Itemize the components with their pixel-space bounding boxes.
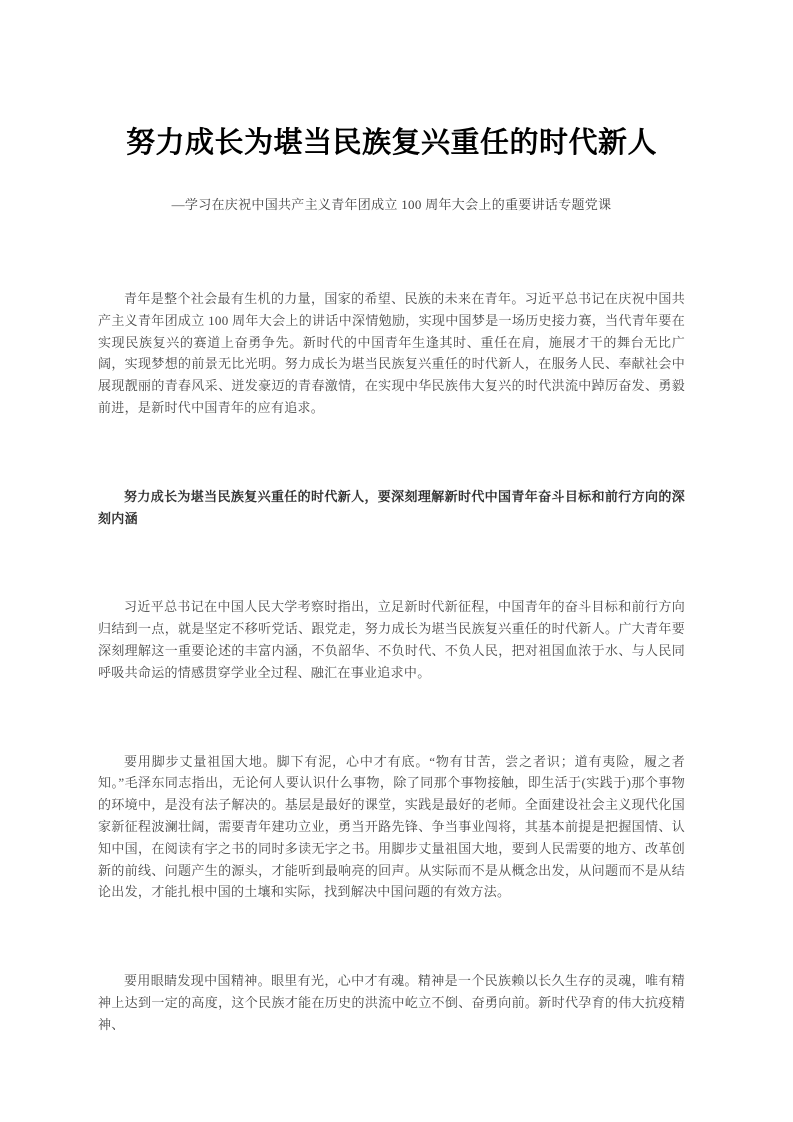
section-heading: 努力成长为堪当民族复兴重任的时代新人，要深刻理解新时代中国青年奋斗目标和前行方向… <box>98 486 685 530</box>
document-page: 努力成长为堪当民族复兴重任的时代新人 —学习在庆祝中国共产主义青年团成立 100… <box>0 0 793 1122</box>
paragraph-discover-spirit: 要用眼睛发现中国精神。眼里有光，心中才有魂。精神是一个民族赖以长久生存的灵魂，唯… <box>98 970 685 1035</box>
paragraph-intro: 青年是整个社会最有生机的力量，国家的希望、民族的未来在青年。习近平总书记在庆祝中… <box>98 288 685 419</box>
paragraph-measure-land: 要用脚步丈量祖国大地。脚下有泥，心中才有底。“物有甘苦，尝之者识；道有夷险，履之… <box>98 751 685 904</box>
paragraph-xi-remarks: 习近平总书记在中国人民大学考察时指出，立足新时代新征程，中国青年的奋斗目标和前行… <box>98 596 685 683</box>
document-title: 努力成长为堪当民族复兴重任的时代新人 <box>98 126 685 160</box>
document-subtitle: —学习在庆祝中国共产主义青年团成立 100 周年大会上的重要讲话专题党课 <box>98 195 685 215</box>
